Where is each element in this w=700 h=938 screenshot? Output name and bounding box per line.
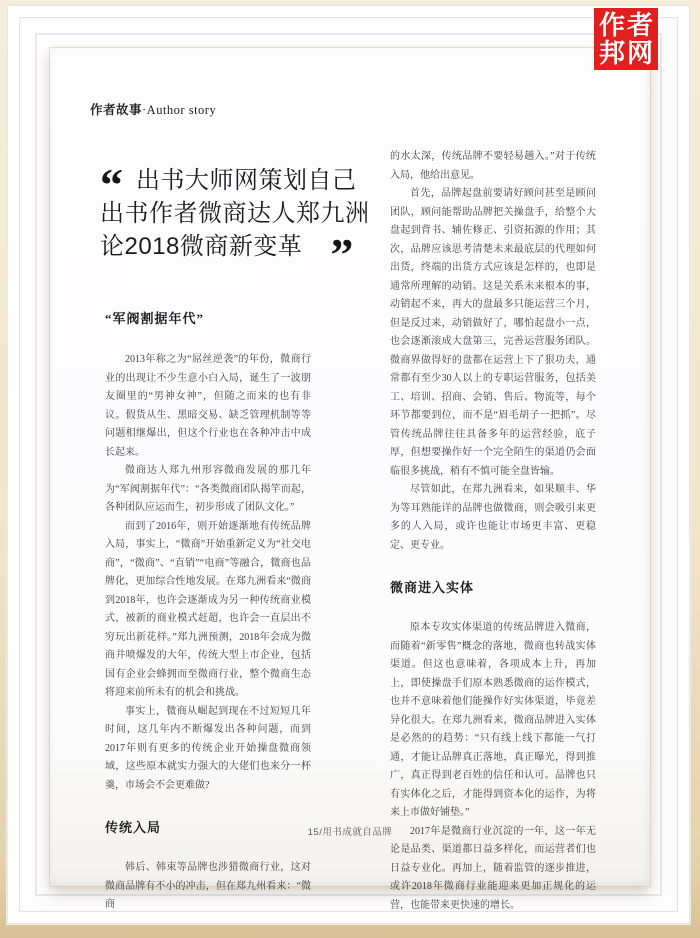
article-title-text-1: 出书大师网策划自己: [136, 167, 357, 194]
magazine-page: 作者故事·Author story “出书大师网策划自己 出书作者微商达人郑九洲…: [50, 48, 650, 886]
heading-weishang-entity: 微商进入实体: [390, 579, 596, 597]
paragraph: 2013年称之为“屌丝逆袭”的年份，微商行业的出现让不少生意小白入局，诞生了一波…: [105, 351, 311, 462]
paragraph: 的水太深，传统品牌不要轻易趟入。”对于传统入局，他给出意见。: [390, 148, 596, 185]
author-bang-logo: 作者 邦网: [594, 8, 658, 70]
logo-line-2: 邦网: [597, 39, 655, 67]
heading-warlord-era: “军阀割据年代”: [105, 310, 311, 328]
section-header-english: ·Author story: [142, 103, 216, 117]
paragraph: 首先，品牌起盘前要请好顾问甚至是顾问团队，顾问能帮助品牌把关操盘手，给整个大盘起…: [390, 185, 596, 481]
paragraph: 尽管如此，在郑九洲看来，如果顺丰、华为等耳熟能详的品牌也做微商，则会吸引来更多的…: [390, 481, 596, 555]
article-title-line-3: 论2018微商新变革”: [100, 230, 392, 263]
paragraph: 而到了2016年，则开始逐渐地有传统品牌入局，事实上，“微商”开始重新定义为“社…: [105, 518, 311, 703]
article-title-line-2: 出书作者微商达人郑九洲: [100, 197, 392, 230]
section-header-chinese: 作者故事: [90, 103, 142, 117]
article-title: “出书大师网策划自己 出书作者微商达人郑九洲 论2018微商新变革”: [100, 164, 392, 263]
article-title-line-1: “出书大师网策划自己: [100, 164, 392, 197]
article-title-text-3: 论2018微商新变革: [100, 233, 302, 260]
paragraph: 原本专攻实体渠道的传统品牌进入微商，而随着“新零售”概念的落地，微商也转战实体渠…: [390, 619, 596, 823]
paragraph: 事实上，微商从崛起到现在不过短短几年时间，这几年内不断爆发出各种问题，而到201…: [105, 703, 311, 796]
paragraph: 微商达人郑九州形容微商发展的那几年为“军阀割据年代”：“各类微商团队揭竿而起，各…: [105, 462, 311, 518]
section-header: 作者故事·Author story: [90, 100, 216, 118]
right-column: 的水太深，传统品牌不要轻易趟入。”对于传统入局，他给出意见。 首先，品牌起盘前要…: [390, 148, 596, 915]
logo-line-1: 作者: [597, 11, 655, 39]
page-number-footer: 15/用书成就自品牌: [50, 824, 650, 838]
paragraph: 韩后、韩束等品牌也涉猎微商行业，这对微商品牌有不小的冲击，但在郑九州看来：“微商: [105, 859, 311, 915]
close-quote-mark: ”: [330, 229, 350, 280]
